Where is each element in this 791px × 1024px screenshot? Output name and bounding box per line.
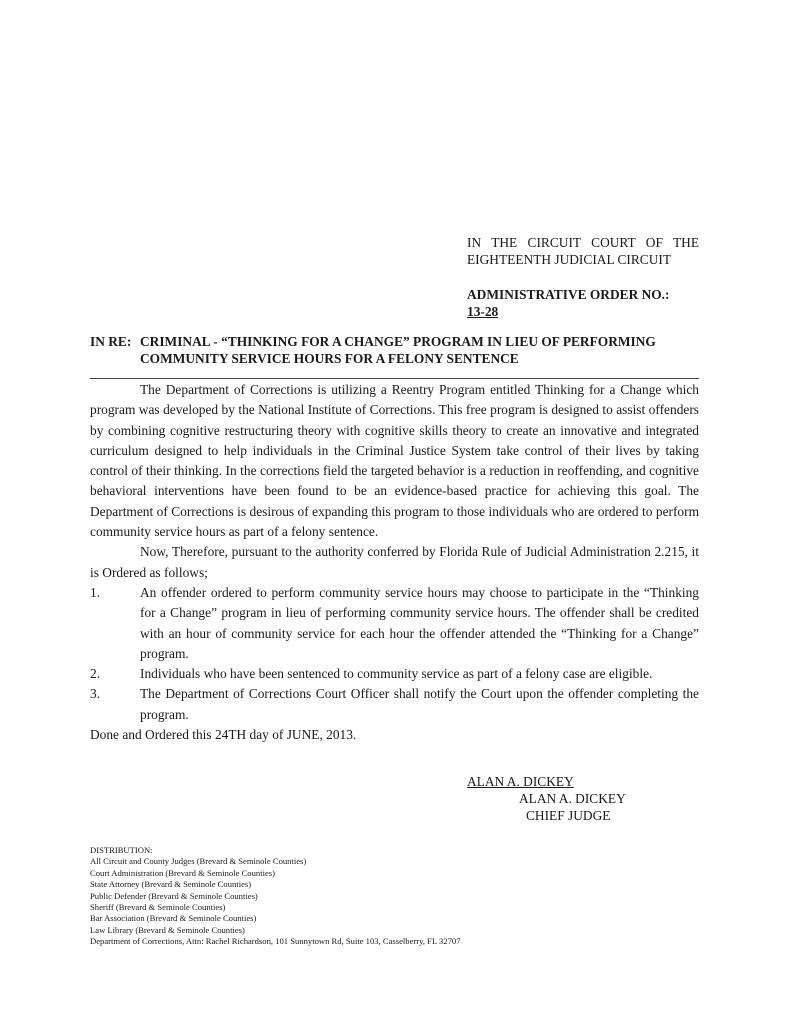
- signature-block: ALAN A. DICKEY ALAN A. DICKEY CHIEF JUDG…: [467, 773, 626, 824]
- distribution-recipient: Court Administration (Brevard & Seminole…: [90, 868, 461, 879]
- order-body: The Department of Corrections is utilizi…: [90, 380, 699, 745]
- circuit-name: EIGHTEENTH JUDICIAL CIRCUIT: [467, 251, 699, 268]
- judge-title: CHIEF JUDGE: [467, 807, 626, 824]
- item-text: The Department of Corrections Court Offi…: [140, 684, 699, 725]
- separator-line: [90, 378, 699, 379]
- item-number: 1.: [90, 583, 100, 603]
- distribution-heading: DISTRIBUTION:: [90, 845, 461, 856]
- in-re-subject: CRIMINAL - “THINKING FOR A CHANGE” PROGR…: [140, 333, 710, 367]
- order-item: 1. An offender ordered to perform commun…: [90, 583, 699, 664]
- item-text: Individuals who have been sentenced to c…: [140, 664, 699, 684]
- order-item: 2. Individuals who have been sentenced t…: [90, 664, 699, 684]
- item-number: 2.: [90, 664, 100, 684]
- in-re-heading: IN RE: CRIMINAL - “THINKING FOR A CHANGE…: [90, 333, 710, 367]
- item-text: An offender ordered to perform community…: [140, 583, 699, 664]
- court-name: IN THE CIRCUIT COURT OF THE: [467, 234, 699, 251]
- order-number-block: ADMINISTRATIVE ORDER NO.: 13-28: [467, 286, 707, 320]
- distribution-recipient: All Circuit and County Judges (Brevard &…: [90, 856, 461, 867]
- item-number: 3.: [90, 684, 100, 704]
- judge-name: ALAN A. DICKEY: [467, 790, 626, 807]
- intro-paragraph: The Department of Corrections is utilizi…: [90, 380, 699, 542]
- distribution-recipient: State Attorney (Brevard & Seminole Count…: [90, 879, 461, 890]
- authority-paragraph: Now, Therefore, pursuant to the authorit…: [90, 542, 699, 583]
- distribution-list: DISTRIBUTION: All Circuit and County Jud…: [90, 845, 461, 948]
- distribution-recipient: Law Library (Brevard & Seminole Counties…: [90, 925, 461, 936]
- order-number-label: ADMINISTRATIVE ORDER NO.:: [467, 286, 707, 303]
- closing-line: Done and Ordered this 24TH day of JUNE, …: [90, 725, 699, 745]
- distribution-recipient: Sheriff (Brevard & Seminole Counties): [90, 902, 461, 913]
- signature: ALAN A. DICKEY: [467, 774, 574, 789]
- in-re-label: IN RE:: [90, 333, 131, 350]
- court-caption: IN THE CIRCUIT COURT OF THE EIGHTEENTH J…: [467, 234, 699, 268]
- distribution-recipient: Department of Corrections, Attn: Rachel …: [90, 936, 461, 947]
- order-item: 3. The Department of Corrections Court O…: [90, 684, 699, 725]
- distribution-recipient: Public Defender (Brevard & Seminole Coun…: [90, 891, 461, 902]
- order-number: 13-28: [467, 304, 498, 319]
- distribution-recipient: Bar Association (Brevard & Seminole Coun…: [90, 913, 461, 924]
